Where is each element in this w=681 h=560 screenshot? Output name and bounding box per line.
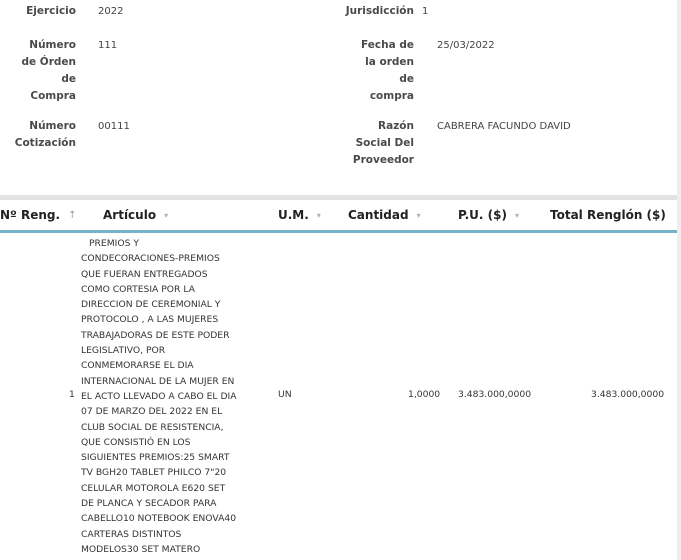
articulo-line: CELULAR MOTOROLA E620 SET (81, 481, 276, 496)
articulo-line: COMO CORTESIA POR LA (81, 282, 276, 297)
articulo-line: MODELOS30 SET MATERO (81, 542, 276, 557)
articulo-line: INTERNACIONAL DE LA MUJER EN (81, 374, 276, 389)
sort-caret-icon[interactable]: ▾ (417, 211, 421, 220)
articulo-line: CARTERAS DISTINTOS (81, 527, 276, 542)
field-value: CABRERA FACUNDO DAVID (437, 118, 571, 169)
articulo-line: EL ACTO LLEVADO A CABO EL DIA (81, 389, 276, 404)
articulo-line: CONMEMORARSE EL DIA (81, 358, 276, 373)
field-value: 111 (98, 37, 117, 105)
articulo-line: TRABAJADORAS DE ESTE PODER (81, 328, 276, 343)
sort-caret-icon[interactable]: ▾ (164, 211, 168, 220)
sort-caret-icon[interactable]: ▾ (317, 211, 321, 220)
articulo-line: QUE CONSISTIÓ EN LOS (81, 435, 276, 450)
column-header-cantidad[interactable]: Cantidad ▾ (348, 200, 421, 230)
scrollbar-track[interactable] (677, 0, 681, 560)
field-label: Ejercicio (0, 3, 76, 20)
field-numero-cotizacion: Número Cotización 00111 (0, 118, 130, 152)
field-value: 25/03/2022 (437, 37, 495, 105)
column-header-articulo[interactable]: Artículo ▾ (103, 200, 168, 230)
articulo-line: TV BGH20 TABLET PHILCO 7"20 (81, 465, 276, 480)
field-ejercicio: Ejercicio 2022 (0, 3, 123, 20)
table-header-underline (0, 230, 677, 233)
table-header: Nº Reng. ↑ Artículo ▾ U.M. ▾ Cantidad ▾ … (0, 200, 677, 230)
articulo-line: CLUB SOCIAL DE RESISTENCIA, (81, 420, 276, 435)
articulo-line: PROTOCOLO , A LAS MUJERES (81, 312, 276, 327)
column-header-um[interactable]: U.M. ▾ (278, 200, 321, 230)
cell-total-renglon: 3.483.000,0000 (591, 389, 664, 400)
field-label: Número de Órden de Compra (0, 37, 76, 105)
field-value: 00111 (98, 118, 130, 152)
field-label: Jurisdicción (340, 3, 414, 20)
articulo-line: DE PLANCA Y SECADOR PARA (81, 496, 276, 511)
articulo-line: DIRECCION DE CEREMONIAL Y (81, 297, 276, 312)
cell-cantidad: 1,0000 (408, 389, 440, 400)
field-label: Número Cotización (0, 118, 76, 152)
field-value: 1 (422, 3, 428, 20)
column-header-total-renglon[interactable]: Total Renglón ($) (550, 200, 666, 230)
cell-um: UN (278, 389, 292, 400)
field-jurisdiccion: Jurisdicción 1 (340, 3, 428, 20)
sort-caret-icon[interactable]: ▾ (515, 211, 519, 220)
column-header-pu[interactable]: P.U. ($) ▾ (458, 200, 519, 230)
cell-renglon: 1 (69, 389, 75, 400)
cell-articulo: PREMIOS YCONDECORACIONES-PREMIOSQUE FUER… (81, 236, 276, 557)
articulo-line: 07 DE MARZO DEL 2022 EN EL (81, 404, 276, 419)
field-label: Fecha de la orden de compra (340, 37, 414, 105)
column-header-renglon[interactable]: Nº Reng. ↑ (0, 200, 76, 230)
articulo-line: QUE FUERAN ENTREGADOS (81, 267, 276, 282)
field-label: Razón Social Del Proveedor (340, 118, 414, 169)
field-numero-orden-compra: Número de Órden de Compra 111 (0, 37, 117, 105)
field-value: 2022 (98, 3, 123, 20)
sort-ascending-icon[interactable]: ↑ (68, 210, 76, 221)
articulo-line: CABELLO10 NOTEBOOK ENOVA40 (81, 511, 276, 526)
articulo-line: SIGUIENTES PREMIOS:25 SMART (81, 450, 276, 465)
articulo-line: PREMIOS Y (81, 236, 276, 251)
articulo-line: CONDECORACIONES-PREMIOS (81, 251, 276, 266)
field-fecha-orden-compra: Fecha de la orden de compra 25/03/2022 (340, 37, 495, 105)
cell-pu: 3.483.000,0000 (458, 389, 531, 400)
field-razon-social-proveedor: Razón Social Del Proveedor CABRERA FACUN… (340, 118, 571, 169)
articulo-line: LEGISLATIVO, POR (81, 343, 276, 358)
